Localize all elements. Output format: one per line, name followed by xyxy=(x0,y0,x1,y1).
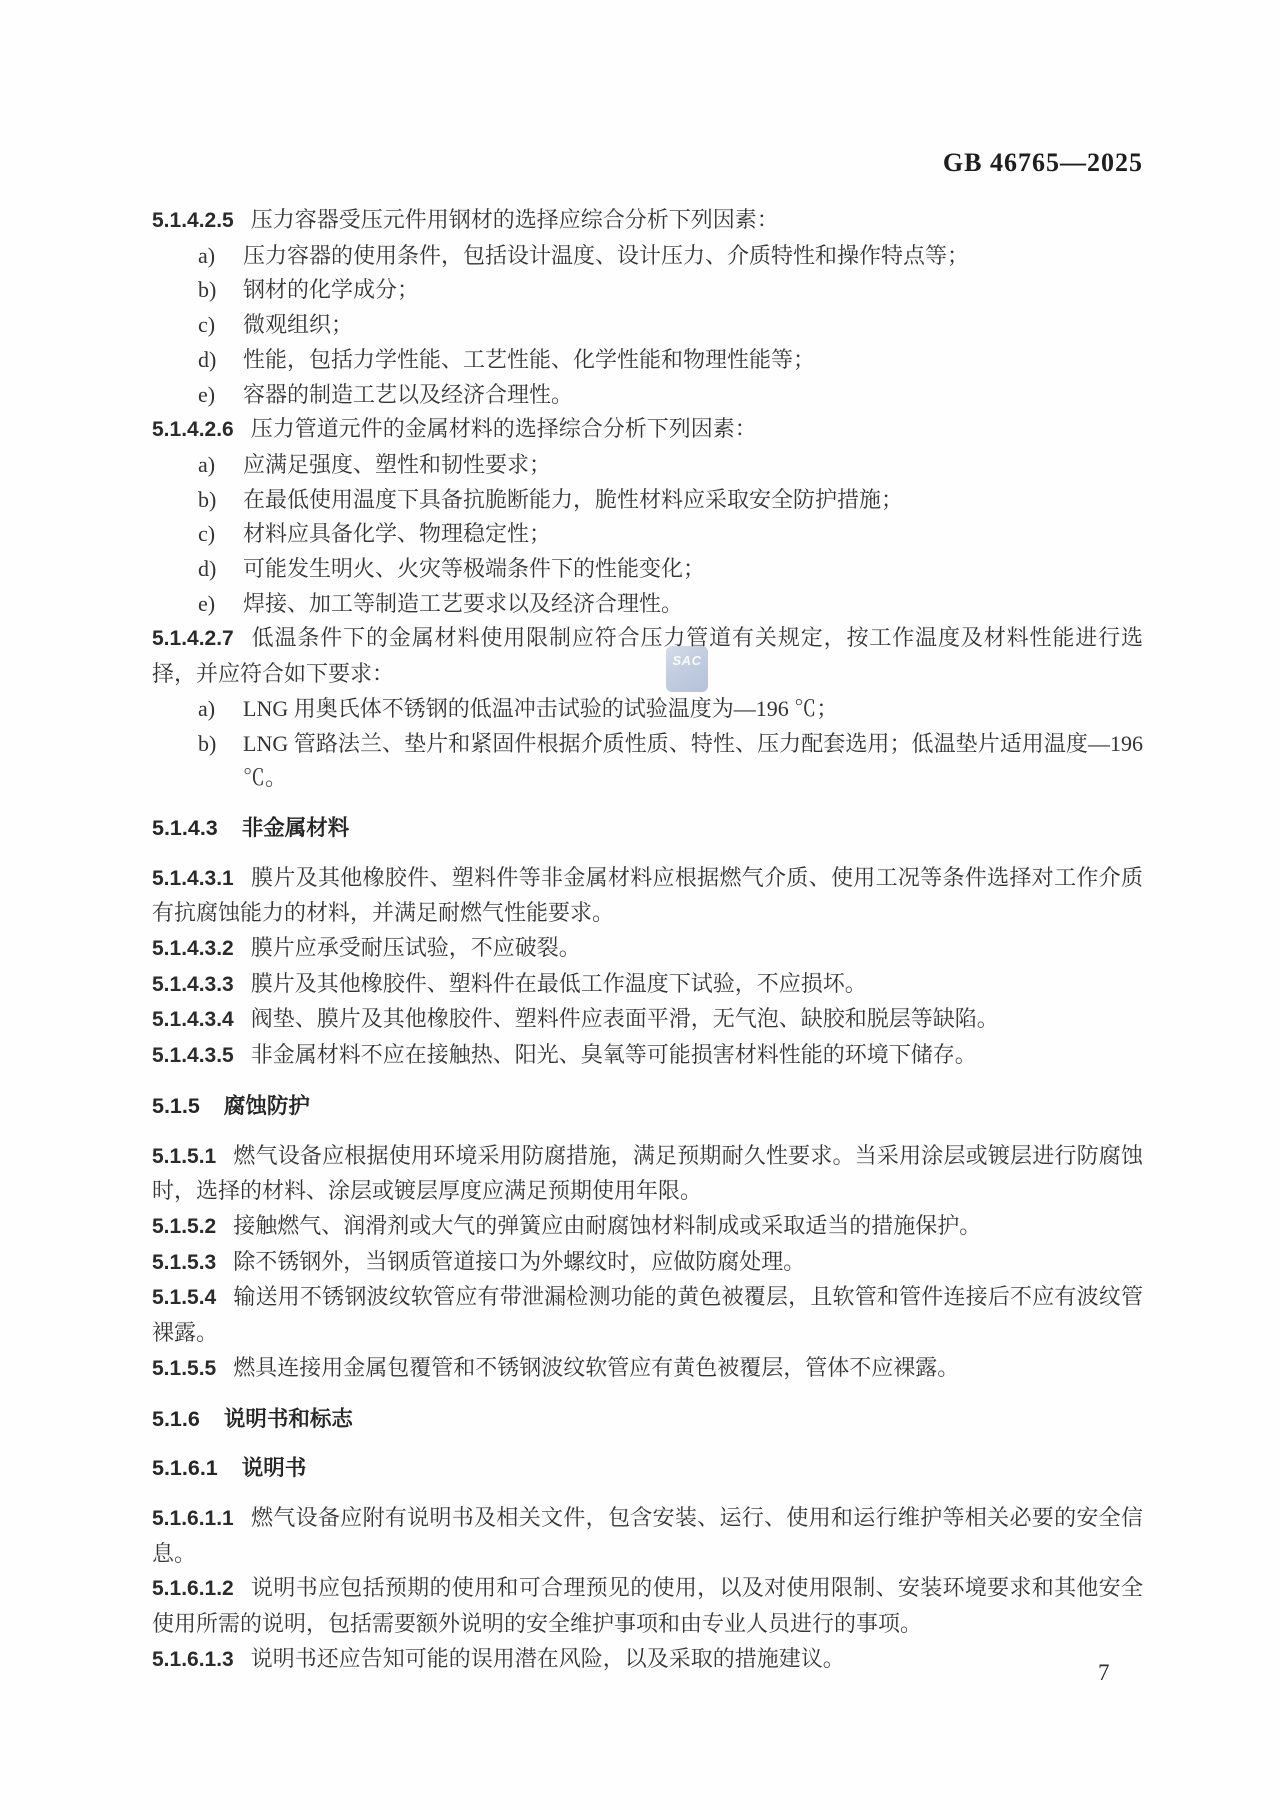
clause-text: 燃具连接用金属包覆管和不锈钢波纹软管应有黄色被覆层，管体不应裸露。 xyxy=(233,1355,959,1380)
list-item-letter: d) xyxy=(198,552,216,587)
clause-text: 膜片应承受耐压试验，不应破裂。 xyxy=(251,935,581,960)
list-item-text: 在最低使用温度下具备抗脆断能力，脆性材料应采取安全防护措施； xyxy=(243,487,903,512)
clause-text: 燃气设备应根据使用环境采用防腐措施，满足预期耐久性要求。当采用涂层或镀层进行防腐… xyxy=(152,1143,1143,1204)
clause-text: 说明书应包括预期的使用和可合理预见的使用，以及对使用限制、安装环境要求和其他安全… xyxy=(152,1575,1143,1636)
list-item-letter: a) xyxy=(198,448,215,483)
clause-number: 5.1.5.1 xyxy=(152,1145,216,1168)
list-item-text: 压力容器的使用条件，包括设计温度、设计压力、介质特性和操作特点等； xyxy=(243,243,969,268)
section-heading: 5.1.4.3非金属材料 xyxy=(152,811,1143,846)
clause-number: 5.1.4.3.3 xyxy=(152,973,234,996)
clause-text: 非金属材料不应在接触热、阳光、臭氧等可能损害材料性能的环境下储存。 xyxy=(251,1042,977,1067)
clause-text: 接触燃气、润滑剂或大气的弹簧应由耐腐蚀材料制成或采取适当的措施保护。 xyxy=(233,1213,981,1238)
clause-text: 膜片及其他橡胶件、塑料件等非金属材料应根据燃气介质、使用工况等条件选择对工作介质… xyxy=(152,865,1143,926)
list-item-letter: e) xyxy=(198,587,215,622)
list-item-letter: b) xyxy=(198,727,216,762)
list-item-text: 钢材的化学成分； xyxy=(243,277,419,302)
list-item-letter: e) xyxy=(198,378,215,413)
clause-text: 阀垫、膜片及其他橡胶件、塑料件应表面平滑，无气泡、缺胶和脱层等缺陷。 xyxy=(251,1006,999,1031)
clause-number: 5.1.5.3 xyxy=(152,1251,216,1274)
clause-text: 膜片及其他橡胶件、塑料件在最低工作温度下试验，不应损坏。 xyxy=(251,971,867,996)
list-item-letter: d) xyxy=(198,343,216,378)
list-item: c)微观组织； xyxy=(152,308,1143,343)
list-item-text: LNG 管路法兰、垫片和紧固件根据介质性质、特性、压力配套选用；低温垫片适用温度… xyxy=(243,731,1143,791)
clause-paragraph: 5.1.5.1燃气设备应根据使用环境采用防腐措施，满足预期耐久性要求。当采用涂层… xyxy=(152,1139,1143,1209)
list-item-letter: b) xyxy=(198,483,216,518)
list-item-text: 应满足强度、塑性和韧性要求； xyxy=(243,452,551,477)
clause-paragraph: 5.1.6.1.1燃气设备应附有说明书及相关文件，包含安装、运行、使用和运行维护… xyxy=(152,1501,1143,1571)
list-item: d)可能发生明火、火灾等极端条件下的性能变化； xyxy=(152,552,1143,587)
list-item-text: 性能，包括力学性能、工艺性能、化学性能和物理性能等； xyxy=(243,347,815,372)
list-item-text: 材料应具备化学、物理稳定性； xyxy=(243,521,551,546)
clause-number: 5.1.4.2.7 xyxy=(152,627,234,650)
clause-number: 5.1.6.1.3 xyxy=(152,1648,234,1671)
section-number: 5.1.6 xyxy=(152,1407,200,1431)
section-number: 5.1.4.3 xyxy=(152,816,218,840)
list-item-letter: a) xyxy=(198,692,215,727)
list-item-letter: a) xyxy=(198,239,215,274)
standard-number-header: GB 46765—2025 xyxy=(943,148,1143,178)
clause-paragraph: 5.1.4.3.3膜片及其他橡胶件、塑料件在最低工作温度下试验，不应损坏。 xyxy=(152,967,1143,1003)
section-title: 说明书 xyxy=(242,1456,307,1480)
clause-text: 说明书还应告知可能的误用潜在风险，以及采取的措施建议。 xyxy=(251,1646,845,1671)
clause-paragraph: 5.1.5.5燃具连接用金属包覆管和不锈钢波纹软管应有黄色被覆层，管体不应裸露。 xyxy=(152,1351,1143,1387)
list-item-letter: c) xyxy=(198,308,215,343)
list-item-text: LNG 用奥氏体不锈钢的低温冲击试验的试验温度为—196 ℃； xyxy=(243,696,838,721)
section-title: 腐蚀防护 xyxy=(224,1094,310,1118)
list-item: a)LNG 用奥氏体不锈钢的低温冲击试验的试验温度为—196 ℃； xyxy=(152,692,1143,727)
section-number: 5.1.5 xyxy=(152,1094,200,1118)
clause-paragraph: 5.1.4.2.5压力容器受压元件用钢材的选择应综合分析下列因素： xyxy=(152,203,1143,239)
clause-text: 压力管道元件的金属材料的选择综合分析下列因素： xyxy=(251,416,757,441)
list-item: a)压力容器的使用条件，包括设计温度、设计压力、介质特性和操作特点等； xyxy=(152,239,1143,274)
clause-paragraph: 5.1.5.2接触燃气、润滑剂或大气的弹簧应由耐腐蚀材料制成或采取适当的措施保护… xyxy=(152,1209,1143,1245)
list-item: c)材料应具备化学、物理稳定性； xyxy=(152,517,1143,552)
clause-paragraph: 5.1.4.2.7低温条件下的金属材料使用限制应符合压力管道有关规定，按工作温度… xyxy=(152,621,1143,691)
clause-paragraph: 5.1.4.3.2膜片应承受耐压试验，不应破裂。 xyxy=(152,931,1143,967)
list-item: e)焊接、加工等制造工艺要求以及经济合理性。 xyxy=(152,587,1143,622)
page-number: 7 xyxy=(1098,1660,1110,1686)
clause-paragraph: 5.1.4.2.6压力管道元件的金属材料的选择综合分析下列因素： xyxy=(152,412,1143,448)
clause-paragraph: 5.1.4.3.4阀垫、膜片及其他橡胶件、塑料件应表面平滑，无气泡、缺胶和脱层等… xyxy=(152,1002,1143,1038)
clause-number: 5.1.6.1.1 xyxy=(152,1507,234,1530)
list-item-letter: b) xyxy=(198,273,216,308)
clause-number: 5.1.5.4 xyxy=(152,1286,216,1309)
clause-paragraph: 5.1.5.3除不锈钢外，当钢质管道接口为外螺纹时，应做防腐处理。 xyxy=(152,1245,1143,1281)
clause-paragraph: 5.1.4.3.5非金属材料不应在接触热、阳光、臭氧等可能损害材料性能的环境下储… xyxy=(152,1038,1143,1074)
clause-text: 压力容器受压元件用钢材的选择应综合分析下列因素： xyxy=(251,207,779,232)
clause-number: 5.1.6.1.2 xyxy=(152,1577,234,1600)
clause-text: 输送用不锈钢波纹软管应有带泄漏检测功能的黄色被覆层，且软管和管件连接后不应有波纹… xyxy=(152,1284,1143,1345)
list-item-text: 容器的制造工艺以及经济合理性。 xyxy=(243,382,573,407)
list-item: a)应满足强度、塑性和韧性要求； xyxy=(152,448,1143,483)
section-heading: 5.1.6说明书和标志 xyxy=(152,1402,1143,1437)
clause-number: 5.1.5.2 xyxy=(152,1215,216,1238)
list-item: d)性能，包括力学性能、工艺性能、化学性能和物理性能等； xyxy=(152,343,1143,378)
sac-watermark-stamp: SAC xyxy=(666,646,708,692)
document-page: GB 46765—2025 5.1.4.2.5压力容器受压元件用钢材的选择应综合… xyxy=(0,0,1280,1810)
section-heading: 5.1.6.1说明书 xyxy=(152,1451,1143,1486)
clause-number: 5.1.4.3.2 xyxy=(152,937,234,960)
clause-paragraph: 5.1.6.1.2说明书应包括预期的使用和可合理预见的使用，以及对使用限制、安装… xyxy=(152,1571,1143,1641)
clause-paragraph: 5.1.5.4输送用不锈钢波纹软管应有带泄漏检测功能的黄色被覆层，且软管和管件连… xyxy=(152,1280,1143,1350)
list-item-text: 可能发生明火、火灾等极端条件下的性能变化； xyxy=(243,556,705,581)
clause-number: 5.1.4.2.6 xyxy=(152,418,234,441)
list-item-letter: c) xyxy=(198,517,215,552)
clause-paragraph: 5.1.4.3.1膜片及其他橡胶件、塑料件等非金属材料应根据燃气介质、使用工况等… xyxy=(152,861,1143,931)
list-item: b)LNG 管路法兰、垫片和紧固件根据介质性质、特性、压力配套选用；低温垫片适用… xyxy=(152,727,1143,796)
clause-number: 5.1.5.5 xyxy=(152,1357,216,1380)
clause-number: 5.1.4.3.5 xyxy=(152,1044,234,1067)
section-title: 说明书和标志 xyxy=(224,1407,353,1431)
list-item: e)容器的制造工艺以及经济合理性。 xyxy=(152,378,1143,413)
section-number: 5.1.6.1 xyxy=(152,1456,218,1480)
list-item-text: 微观组织； xyxy=(243,312,353,337)
clause-number: 5.1.4.2.5 xyxy=(152,209,234,232)
clause-text: 低温条件下的金属材料使用限制应符合压力管道有关规定，按工作温度及材料性能进行选择… xyxy=(152,625,1143,686)
clause-text: 除不锈钢外，当钢质管道接口为外螺纹时，应做防腐处理。 xyxy=(233,1249,805,1274)
clause-number: 5.1.4.3.1 xyxy=(152,867,234,890)
clause-number: 5.1.4.3.4 xyxy=(152,1008,234,1031)
section-heading: 5.1.5腐蚀防护 xyxy=(152,1089,1143,1124)
document-body: 5.1.4.2.5压力容器受压元件用钢材的选择应综合分析下列因素：a)压力容器的… xyxy=(152,203,1143,1677)
section-title: 非金属材料 xyxy=(242,816,350,840)
list-item: b)在最低使用温度下具备抗脆断能力，脆性材料应采取安全防护措施； xyxy=(152,483,1143,518)
list-item: b)钢材的化学成分； xyxy=(152,273,1143,308)
clause-paragraph: 5.1.6.1.3说明书还应告知可能的误用潜在风险，以及采取的措施建议。 xyxy=(152,1642,1143,1678)
clause-text: 燃气设备应附有说明书及相关文件，包含安装、运行、使用和运行维护等相关必要的安全信… xyxy=(152,1505,1143,1566)
list-item-text: 焊接、加工等制造工艺要求以及经济合理性。 xyxy=(243,591,683,616)
